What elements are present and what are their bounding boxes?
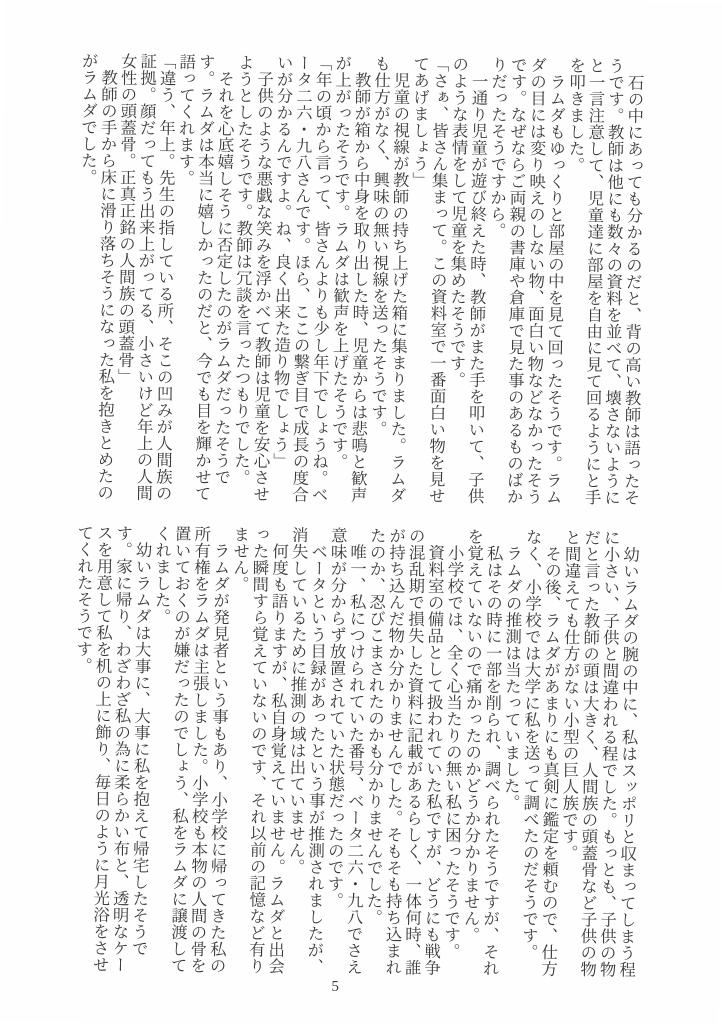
paragraph: 子供のような悪戯な笑みを浮かべて教師は児童を安心させようとしたそうです。教師は冗…: [230, 54, 273, 514]
paragraph: 一通り児童が遊び終えた時、教師がまた手を叩いて、子供のような表情をして児童を集め…: [445, 56, 488, 516]
text-block-bottom: 幼いラムダの腕の中に、私はスッポリと収まってしまう程に小さい、子供と間違われる程…: [70, 524, 640, 989]
paragraph: 私はその時に一部を削られ、調べられたそうですが、それを覚えていないので痛かったの…: [460, 528, 503, 988]
paragraph: ラムダもゆっくりと部屋の中を見て回ったそうです。ラムダの目には変り映えのしない物…: [484, 56, 566, 517]
paragraph: それを心底嬉しそうに否定したのがラムダだったそうです。ラムダは本当に嬉しかったの…: [172, 53, 235, 514]
text-block-top: 石の中にあっても分かるのだと、背の高い教師は語ったそうです。教師は他にも数々の資…: [74, 52, 644, 517]
paragraph: 「年の頃から言って、皆さんよりも少し年下でしょうね。ベータ二六・九八さんです。ほ…: [269, 54, 332, 515]
paragraph: 「違う、年上。先生の指している所、そこの凹みが人間族の証拠。顔だってもう出来上が…: [113, 53, 176, 514]
paragraph: 教師の手から床に滑り落ちそうになった私を抱きとめたのがラムダでした。: [74, 52, 117, 512]
paragraph: 「さぁ、皆さん集まって。この資料室で一番面白い物を見せてあげましょう」: [406, 55, 449, 515]
paragraph: 児童の視線が教師の持ち上げた箱に集まりました。ラムダも仕方がなく、興味の無い視線…: [367, 55, 410, 515]
paragraph: その後、ラムダがあまりにも真剣に鑑定を頼むので、仕方なく、小学校では大学に私を送…: [518, 529, 561, 989]
paragraph: 教師が箱から中身を取り出した時、児童からは悲鳴と歓声が上がったそうです。ラムダは…: [328, 55, 371, 515]
paragraph: 何度も語りますが、私自身覚えていません。ラムダと出会った瞬間すら覚えていないので…: [226, 526, 289, 987]
paragraph: 幼いラムダの腕の中に、私はスッポリと収まってしまう程に小さい、子供と間違われる程…: [557, 529, 639, 990]
paragraph: 石の中にあっても分かるのだと、背の高い教師は語ったそうです。教師は他にも数々の資…: [562, 57, 644, 518]
paragraph: ベータという目録があったという事が推測されましたが、消失しているために推測の域は…: [284, 526, 327, 986]
paragraph: 資料室の備品として扱われていた私ですが、どうにも戦争の混乱期で損失した資料に記載…: [362, 527, 444, 988]
page-number: 5: [331, 980, 339, 995]
paragraph: ラムダが発見者という事もあり、小学校に帰ってきた私の所有権をラムダは主張しました…: [148, 525, 230, 986]
paragraph: 幼いラムダは大事に、大事に私を抱えて帰宅したそうです。家に帰り、わざわざ私の為に…: [70, 524, 152, 985]
scanned-book-page: { "page": { "number": "5", "top_block": …: [0, 0, 722, 1024]
paragraph: 唯一、私につけられていた番号、ベータ二六・九八でさえ意味が分からず放置されていた…: [323, 527, 366, 987]
page: 石の中にあっても分かるのだと、背の高い教師は語ったそうです。教師は他にも数々の資…: [0, 0, 722, 1024]
